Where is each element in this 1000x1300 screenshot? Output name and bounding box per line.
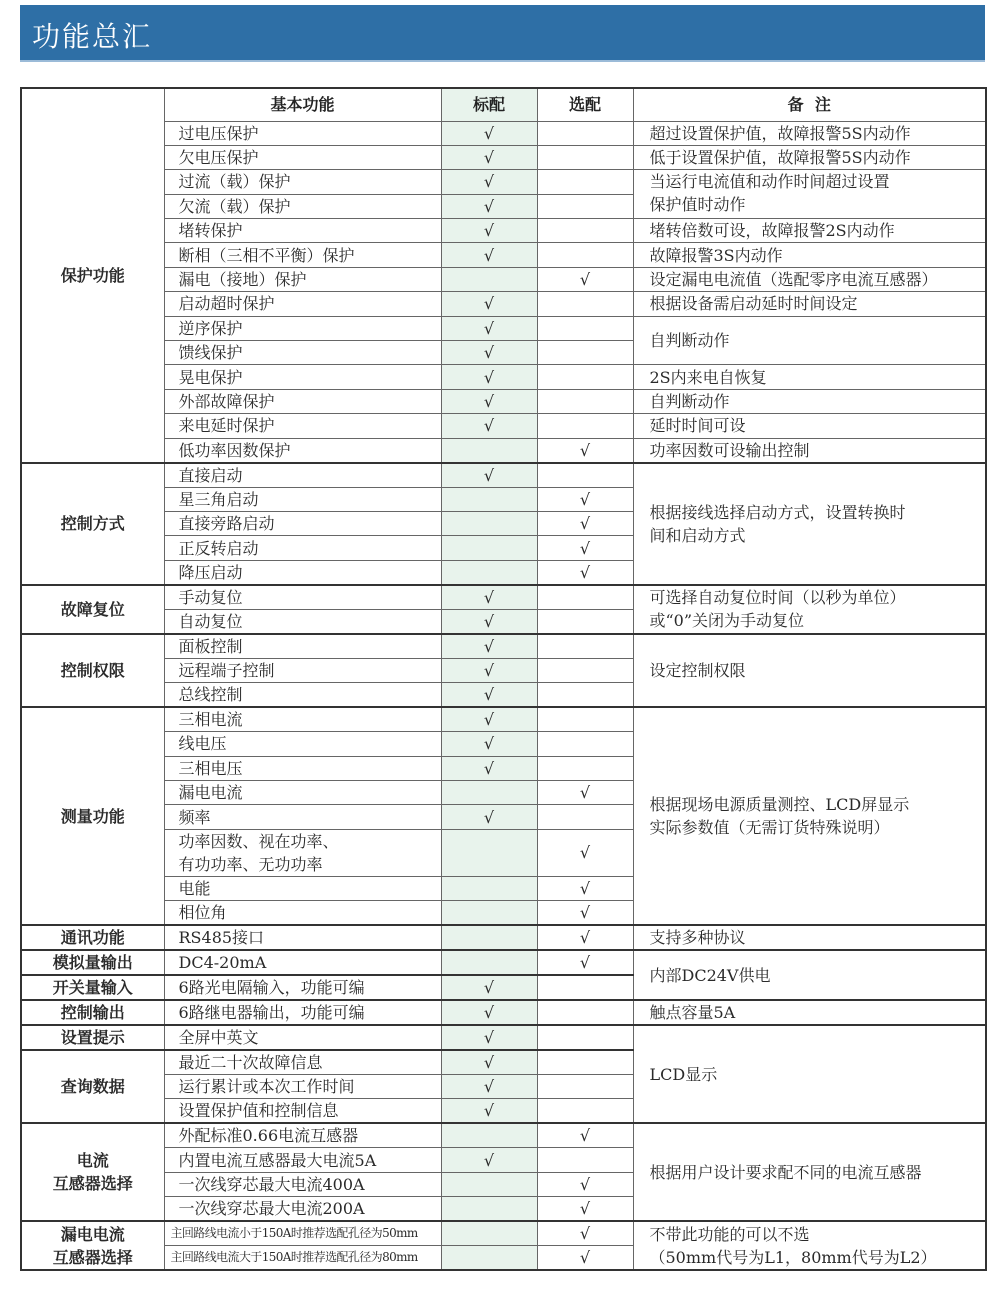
- header-note: 备 注: [633, 88, 986, 121]
- note-cell: 根据用户设计要求配不同的电流互感器: [633, 1123, 986, 1221]
- note-cell: 根据接线选择启动方式，设置转换时 间和启动方式: [633, 463, 986, 585]
- note-cell: 可选择自动复位时间（以秒为单位） 或“0”关闭为手动复位: [633, 585, 986, 634]
- standard-cell: [441, 1123, 537, 1148]
- feature-cell: 三相电流: [164, 707, 441, 732]
- check-icon: √: [441, 683, 537, 708]
- optional-cell: [537, 1050, 633, 1075]
- table-row: 漏电电流 互感器选择 主回路线电流小于150A时推荐选配孔径为50mm √ 不带…: [21, 1221, 986, 1246]
- standard-cell: [441, 876, 537, 900]
- check-icon: √: [537, 1246, 633, 1271]
- check-icon: √: [441, 585, 537, 610]
- note-line: 可选择自动复位时间（以秒为单位）: [650, 586, 986, 609]
- optional-cell: [537, 585, 633, 610]
- table-row: 晃电保护 √ 2S内来电自恢复: [21, 365, 986, 389]
- check-icon: √: [537, 511, 633, 535]
- note-cell: 低于设置保护值，故障报警5S内动作: [633, 145, 986, 169]
- check-icon: √: [441, 463, 537, 488]
- check-icon: √: [441, 145, 537, 169]
- feature-cell: 相位角: [164, 901, 441, 926]
- optional-cell: [537, 170, 633, 194]
- check-icon: √: [537, 1197, 633, 1222]
- feature-cell: 总线控制: [164, 683, 441, 708]
- check-icon: √: [441, 658, 537, 682]
- check-icon: √: [441, 805, 537, 829]
- feature-cell: 线电压: [164, 732, 441, 756]
- check-icon: √: [537, 267, 633, 291]
- note-cell: 内部DC24V供电: [633, 950, 986, 1000]
- feature-line: 有功功率、无功功率: [179, 853, 441, 876]
- category-line: 漏电电流: [22, 1223, 164, 1246]
- standard-cell: [441, 1172, 537, 1196]
- check-icon: √: [537, 536, 633, 560]
- note-cell: 功率因数可设输出控制: [633, 438, 986, 463]
- optional-cell: [537, 194, 633, 218]
- optional-cell: [537, 121, 633, 145]
- feature-cell: 直接旁路启动: [164, 511, 441, 535]
- feature-cell: 过电压保护: [164, 121, 441, 145]
- check-icon: √: [537, 829, 633, 876]
- feature-cell: 手动复位: [164, 585, 441, 610]
- check-icon: √: [537, 925, 633, 950]
- category-cell: 通讯功能: [21, 925, 164, 950]
- header-optional: 选配: [537, 88, 633, 121]
- note-line: 或“0”关闭为手动复位: [650, 609, 986, 632]
- optional-cell: [537, 341, 633, 365]
- category-cell: 电流 互感器选择: [21, 1123, 164, 1221]
- check-icon: √: [441, 170, 537, 194]
- optional-cell: [537, 316, 633, 340]
- check-icon: √: [441, 365, 537, 389]
- note-cell: 超过设置保护值，故障报警5S内动作: [633, 121, 986, 145]
- note-cell: 堵转倍数可设，故障报警2S内动作: [633, 219, 986, 243]
- note-cell: 2S内来电自恢复: [633, 365, 986, 389]
- feature-cell: 外配标准0.66电流互感器: [164, 1123, 441, 1148]
- table-row: 过电压保护 √ 超过设置保护值，故障报警5S内动作: [21, 121, 986, 145]
- note-cell: 自判断动作: [633, 389, 986, 413]
- optional-cell: [537, 243, 633, 267]
- note-cell: 自判断动作: [633, 316, 986, 365]
- optional-cell: [537, 658, 633, 682]
- standard-cell: [441, 1246, 537, 1271]
- feature-cell: 堵转保护: [164, 219, 441, 243]
- standard-cell: [441, 438, 537, 463]
- standard-cell: [441, 1197, 537, 1222]
- table-row: 欠电压保护 √ 低于设置保护值，故障报警5S内动作: [21, 145, 986, 169]
- category-cell: 查询数据: [21, 1050, 164, 1123]
- table-row: 堵转保护 √ 堵转倍数可设，故障报警2S内动作: [21, 219, 986, 243]
- feature-cell: DC4-20mA: [164, 950, 441, 975]
- check-icon: √: [441, 316, 537, 340]
- standard-cell: [441, 925, 537, 950]
- standard-cell: [441, 560, 537, 585]
- page-title: 功能总汇: [32, 15, 152, 55]
- feature-cell: 远程端子控制: [164, 658, 441, 682]
- check-icon: √: [441, 1000, 537, 1025]
- feature-cell: 自动复位: [164, 609, 441, 634]
- optional-cell: [537, 1075, 633, 1099]
- feature-cell: 馈线保护: [164, 341, 441, 365]
- note-line: （50mm代号为L1，80mm代号为L2）: [650, 1246, 986, 1269]
- check-icon: √: [441, 1099, 537, 1124]
- title-banner: 功能总汇: [20, 5, 985, 62]
- feature-cell: 频率: [164, 805, 441, 829]
- feature-line: 功率因数、视在功率、: [179, 830, 441, 853]
- standard-cell: [441, 780, 537, 804]
- category-line: 互感器选择: [22, 1172, 164, 1195]
- check-icon: √: [537, 560, 633, 585]
- check-icon: √: [441, 1025, 537, 1050]
- category-cell: 开关量输入: [21, 975, 164, 1000]
- table-row: 断相（三相不平衡）保护 √ 故障报警3S内动作: [21, 243, 986, 267]
- header-feature: 基本功能: [164, 88, 441, 121]
- category-line: 互感器选择: [22, 1246, 164, 1269]
- feature-cell: 启动超时保护: [164, 292, 441, 316]
- table-row: 通讯功能 RS485接口 √ 支持多种协议: [21, 925, 986, 950]
- table-row: 测量功能 三相电流 √ 根据现场电源质量测控、LCD屏显示 实际参数值（无需订货…: [21, 707, 986, 732]
- note-cell: 设定漏电电流值（选配零序电流互感器）: [633, 267, 986, 291]
- feature-cell: 外部故障保护: [164, 389, 441, 413]
- note-cell: 根据现场电源质量测控、LCD屏显示 实际参数值（无需订货特殊说明）: [633, 707, 986, 925]
- note-line: 当运行电流值和动作时间超过设置: [650, 170, 986, 193]
- check-icon: √: [441, 389, 537, 413]
- check-icon: √: [537, 901, 633, 926]
- note-line: 保护值时动作: [650, 193, 986, 216]
- feature-cell: 低功率因数保护: [164, 438, 441, 463]
- check-icon: √: [441, 292, 537, 316]
- table-row: 来电延时保护 √ 延时时间可设: [21, 414, 986, 438]
- table-row: 漏电（接地）保护 √ 设定漏电电流值（选配零序电流互感器）: [21, 267, 986, 291]
- standard-cell: [441, 511, 537, 535]
- optional-cell: [537, 975, 633, 1000]
- feature-cell: 最近二十次故障信息: [164, 1050, 441, 1075]
- category-cell: 设置提示: [21, 1025, 164, 1050]
- standard-cell: [441, 950, 537, 975]
- note-cell: 根据设备需启动延时时间设定: [633, 292, 986, 316]
- table-row: 启动超时保护 √ 根据设备需启动延时时间设定: [21, 292, 986, 316]
- optional-cell: [537, 756, 633, 780]
- check-icon: √: [441, 634, 537, 659]
- feature-cell: 一次线穿芯最大电流200A: [164, 1197, 441, 1222]
- optional-cell: [537, 292, 633, 316]
- feature-cell: 欠流（载）保护: [164, 194, 441, 218]
- category-cell: 测量功能: [21, 707, 164, 925]
- feature-cell: 运行累计或本次工作时间: [164, 1075, 441, 1099]
- category-line: 电流: [22, 1149, 164, 1172]
- note-cell: 支持多种协议: [633, 925, 986, 950]
- note-cell: 触点容量5A: [633, 1000, 986, 1025]
- feature-cell: 设置保护值和控制信息: [164, 1099, 441, 1124]
- feature-cell: 电能: [164, 876, 441, 900]
- table-row: 设置提示 全屏中英文 √ LCD显示: [21, 1025, 986, 1050]
- note-line: 根据现场电源质量测控、LCD屏显示: [650, 793, 986, 816]
- feature-cell: 降压启动: [164, 560, 441, 585]
- table-row: 故障复位 手动复位 √ 可选择自动复位时间（以秒为单位） 或“0”关闭为手动复位: [21, 585, 986, 610]
- note-cell: 当运行电流值和动作时间超过设置 保护值时动作: [633, 170, 986, 219]
- standard-cell: [441, 267, 537, 291]
- feature-cell: 直接启动: [164, 463, 441, 488]
- check-icon: √: [537, 1172, 633, 1196]
- category-cell: 保护功能: [21, 88, 164, 463]
- feature-cell: 欠电压保护: [164, 145, 441, 169]
- feature-cell: 全屏中英文: [164, 1025, 441, 1050]
- optional-cell: [537, 389, 633, 413]
- optional-cell: [537, 683, 633, 708]
- note-cell: LCD显示: [633, 1025, 986, 1123]
- feature-cell: 正反转启动: [164, 536, 441, 560]
- feature-cell: 一次线穿芯最大电流400A: [164, 1172, 441, 1196]
- category-cell: 漏电电流 互感器选择: [21, 1221, 164, 1270]
- standard-cell: [441, 536, 537, 560]
- check-icon: √: [537, 438, 633, 463]
- check-icon: √: [441, 414, 537, 438]
- feature-cell: 断相（三相不平衡）保护: [164, 243, 441, 267]
- check-icon: √: [537, 487, 633, 511]
- check-icon: √: [441, 1075, 537, 1099]
- note-line: 根据接线选择启动方式，设置转换时: [650, 501, 986, 524]
- check-icon: √: [441, 609, 537, 634]
- standard-cell: [441, 1221, 537, 1246]
- optional-cell: [537, 414, 633, 438]
- feature-cell: 面板控制: [164, 634, 441, 659]
- optional-cell: [537, 805, 633, 829]
- note-cell: 设定控制权限: [633, 634, 986, 707]
- standard-cell: [441, 901, 537, 926]
- optional-cell: [537, 634, 633, 659]
- category-cell: 控制输出: [21, 1000, 164, 1025]
- check-icon: √: [441, 243, 537, 267]
- check-icon: √: [441, 219, 537, 243]
- note-cell: 延时时间可设: [633, 414, 986, 438]
- check-icon: √: [537, 780, 633, 804]
- note-cell: 故障报警3S内动作: [633, 243, 986, 267]
- feature-cell: RS485接口: [164, 925, 441, 950]
- feature-cell: 漏电电流: [164, 780, 441, 804]
- table-row: 电流 互感器选择 外配标准0.66电流互感器 √ 根据用户设计要求配不同的电流互…: [21, 1123, 986, 1148]
- note-cell: 不带此功能的可以不选 （50mm代号为L1，80mm代号为L2）: [633, 1221, 986, 1270]
- optional-cell: [537, 732, 633, 756]
- check-icon: √: [441, 975, 537, 1000]
- note-line: 间和启动方式: [650, 524, 986, 547]
- optional-cell: [537, 219, 633, 243]
- feature-cell: 晃电保护: [164, 365, 441, 389]
- check-icon: √: [441, 1050, 537, 1075]
- optional-cell: [537, 1099, 633, 1124]
- optional-cell: [537, 463, 633, 488]
- note-line: 不带此功能的可以不选: [650, 1223, 986, 1246]
- optional-cell: [537, 609, 633, 634]
- standard-cell: [441, 829, 537, 876]
- check-icon: √: [441, 707, 537, 732]
- check-icon: √: [537, 1221, 633, 1246]
- feature-cell: 6路光电隔输入，功能可编: [164, 975, 441, 1000]
- note-line: 实际参数值（无需订货特殊说明）: [650, 816, 986, 839]
- standard-cell: [441, 487, 537, 511]
- category-cell: 控制方式: [21, 463, 164, 585]
- table-row: 模拟量输出 DC4-20mA √ 内部DC24V供电: [21, 950, 986, 975]
- category-cell: 故障复位: [21, 585, 164, 634]
- table-row: 控制输出 6路继电器输出，功能可编 √ 触点容量5A: [21, 1000, 986, 1025]
- check-icon: √: [537, 950, 633, 975]
- optional-cell: [537, 1148, 633, 1172]
- feature-summary-table: 保护功能 基本功能 标配 选配 备 注 过电压保护 √ 超过设置保护值，故障报警…: [20, 87, 987, 1271]
- feature-cell: 过流（载）保护: [164, 170, 441, 194]
- header-standard: 标配: [441, 88, 537, 121]
- table-row: 逆序保护 √ 自判断动作: [21, 316, 986, 340]
- optional-cell: [537, 1025, 633, 1050]
- check-icon: √: [441, 194, 537, 218]
- feature-cell: 6路继电器输出，功能可编: [164, 1000, 441, 1025]
- check-icon: √: [441, 1148, 537, 1172]
- category-cell: 控制权限: [21, 634, 164, 707]
- table-header-row: 保护功能 基本功能 标配 选配 备 注: [21, 88, 986, 121]
- feature-cell: 功率因数、视在功率、 有功功率、无功功率: [164, 829, 441, 876]
- table-row: 低功率因数保护 √ 功率因数可设输出控制: [21, 438, 986, 463]
- optional-cell: [537, 1000, 633, 1025]
- optional-cell: [537, 145, 633, 169]
- feature-cell: 主回路线电流小于150A时推荐选配孔径为50mm: [164, 1221, 441, 1246]
- check-icon: √: [441, 341, 537, 365]
- check-icon: √: [441, 756, 537, 780]
- feature-cell: 来电延时保护: [164, 414, 441, 438]
- feature-cell: 内置电流互感器最大电流5A: [164, 1148, 441, 1172]
- feature-cell: 三相电压: [164, 756, 441, 780]
- table-row: 外部故障保护 √ 自判断动作: [21, 389, 986, 413]
- table-row: 过流（载）保护 √ 当运行电流值和动作时间超过设置 保护值时动作: [21, 170, 986, 194]
- feature-cell: 逆序保护: [164, 316, 441, 340]
- table-row: 控制方式 直接启动 √ 根据接线选择启动方式，设置转换时 间和启动方式: [21, 463, 986, 488]
- optional-cell: [537, 707, 633, 732]
- table-row: 控制权限 面板控制 √ 设定控制权限: [21, 634, 986, 659]
- check-icon: √: [537, 876, 633, 900]
- optional-cell: [537, 365, 633, 389]
- feature-cell: 星三角启动: [164, 487, 441, 511]
- feature-cell: 漏电（接地）保护: [164, 267, 441, 291]
- check-icon: √: [441, 121, 537, 145]
- check-icon: √: [537, 1123, 633, 1148]
- feature-cell: 主回路线电流大于150A时推荐选配孔径为80mm: [164, 1246, 441, 1271]
- category-cell: 模拟量输出: [21, 950, 164, 975]
- check-icon: √: [441, 732, 537, 756]
